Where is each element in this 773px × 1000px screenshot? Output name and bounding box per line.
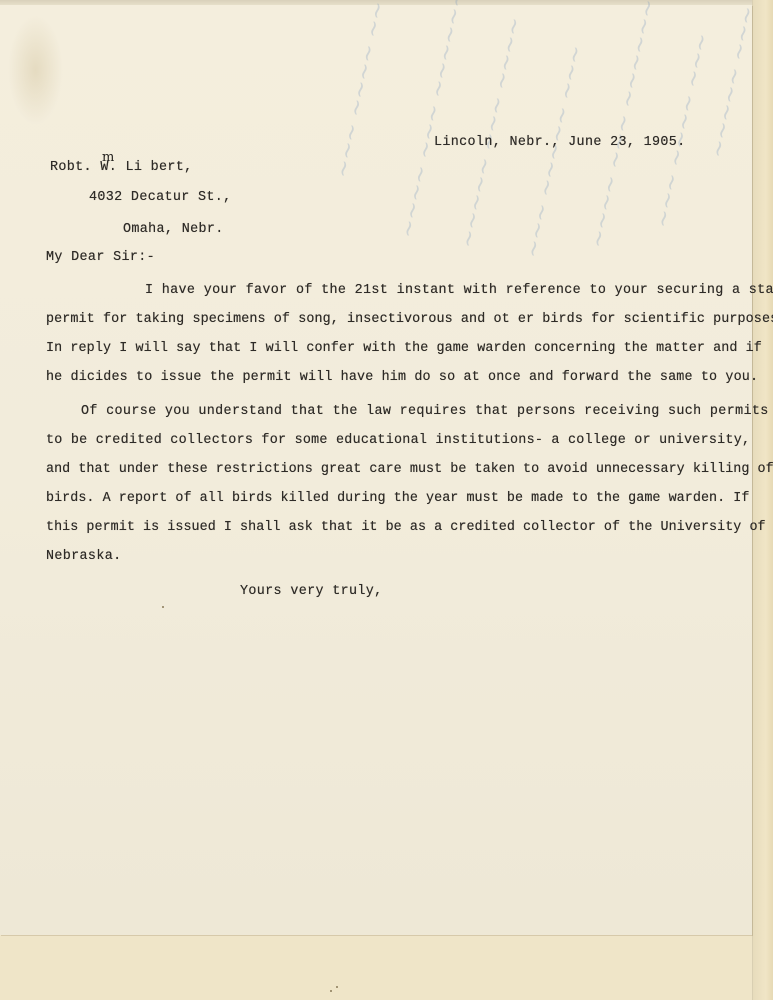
body-line: birds. A report of all birds killed duri… — [46, 491, 749, 506]
paper-stain — [8, 15, 63, 125]
body-line: Nebraska. — [46, 549, 121, 564]
bleed-through-handwriting: ~~~~~ ~~~ ~~~~ — [455, 15, 528, 250]
body-line: to be credited collectors for some educa… — [46, 433, 750, 448]
bleed-through-handwriting: ~~~ ~~~~ ~~~~~ — [330, 0, 403, 180]
salutation: My Dear Sir:- — [46, 250, 155, 265]
body-line: I have your favor of the 21st instant wi… — [145, 283, 773, 298]
dateline: Lincoln, Nebr., June 23, 1905. — [434, 135, 686, 150]
body-line: In reply I will say that I will confer w… — [46, 341, 762, 356]
body-line: he dicides to issue the permit will have… — [46, 370, 758, 385]
bleed-through-handwriting: ~~~~ ~~~ ~~~~~~ — [585, 0, 662, 250]
handwritten-correction: m — [102, 150, 114, 165]
recipient-name: Robt. W. Li bert, — [50, 160, 193, 175]
paper-speck — [330, 990, 332, 992]
bleed-through-handwriting: ~~~~ ~~~ ~~~~~~ — [395, 0, 472, 240]
body-line: this permit is issued I shall ask that i… — [46, 520, 766, 535]
recipient-city: Omaha, Nebr. — [123, 222, 224, 237]
bleed-through-handwriting: ~~~ ~~~~~ ~~~ — [520, 43, 590, 260]
closing: Yours very truly, — [240, 584, 383, 599]
recipient-street: 4032 Decatur St., — [89, 190, 232, 205]
right-page-edge — [752, 0, 773, 1000]
body-line: and that under these restrictions great … — [46, 462, 773, 477]
bleed-through-handwriting: ~~~ ~~~~ ~~~ — [650, 31, 716, 230]
paper-speck — [162, 606, 164, 608]
paper-speck — [336, 986, 338, 988]
body-line: Of course you understand that the law re… — [81, 404, 773, 419]
body-line: permit for taking specimens of song, ins… — [46, 312, 773, 327]
